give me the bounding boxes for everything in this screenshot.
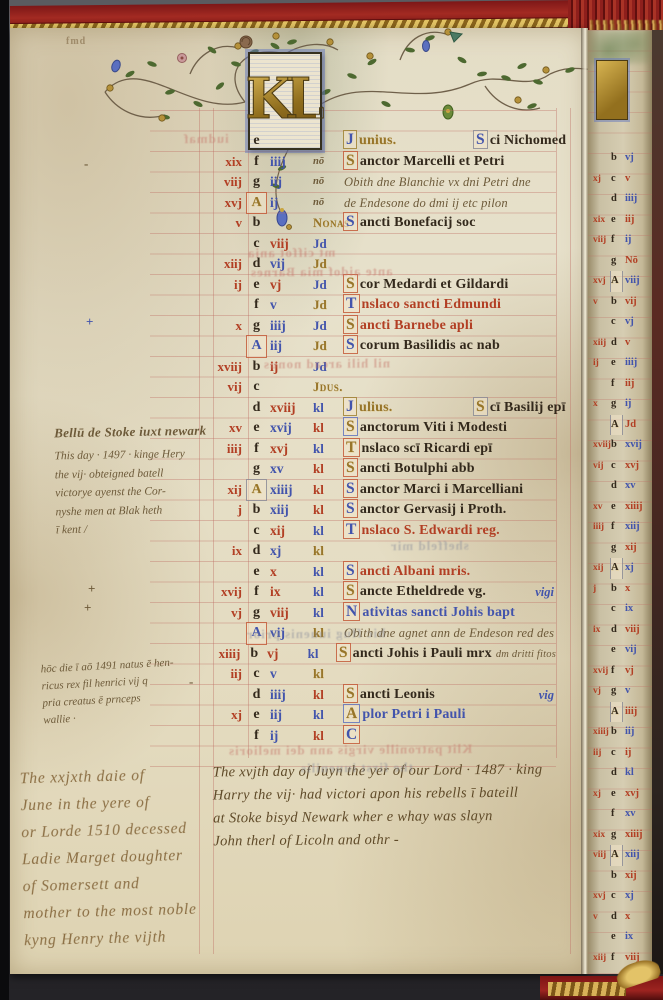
facing-row: eix xyxy=(593,927,646,948)
gutter-fold xyxy=(581,28,588,974)
calendar-row: xvjAijnōde Endesone do dmi ij etc pilon xyxy=(213,193,556,214)
calendar-row: xiiijbvjklSancti Johis i Pauli mrxdm dri… xyxy=(213,644,556,665)
facing-kl-initial xyxy=(596,60,628,120)
show-through-line: the first iuuenilis xyxy=(300,760,413,777)
note-line: John therl of Licoln and othr - xyxy=(213,828,543,854)
calendar-row: gxvklSancti Botulphi abb xyxy=(213,459,556,480)
facing-page-edge: bvjxjcvdiiijxixeiijviijfijgNōxvjAviijvbv… xyxy=(588,30,652,974)
facing-row: xiiijbiij xyxy=(593,722,646,743)
feast-entry: Aplor Petri i Pauli xyxy=(344,705,556,726)
facing-row: xvexiiij xyxy=(593,497,646,518)
facing-row: fiij xyxy=(593,374,646,395)
photo-background-left xyxy=(0,0,9,1000)
facing-row: xixgxiiij xyxy=(593,825,646,846)
margin-mark: + xyxy=(88,581,95,597)
facing-row: AJd xyxy=(593,415,646,436)
facing-row: xjexvj xyxy=(593,784,646,805)
feast-entry: Sanctorum Viti i Modesti xyxy=(344,418,556,439)
facing-row: evij xyxy=(593,640,646,661)
manuscript-photo: KL eJunius.Sci NichomedxixfiiijnōSanctor… xyxy=(0,0,663,1000)
facing-row: ixdviij xyxy=(593,620,646,641)
facing-row: iijcij xyxy=(593,743,646,764)
calendar-row: cxijklTnslaco S. Edwardi reg. xyxy=(213,521,556,542)
facing-row: vjgv xyxy=(593,681,646,702)
calendar-row: xixfiiijnōSanctor Marcelli et Petri xyxy=(213,152,556,173)
margin-mark: + xyxy=(86,314,93,330)
calendar-row: AiijJdScorum Basilidis ac nab xyxy=(213,336,556,357)
margin-mark: + xyxy=(84,600,91,616)
note-line: kyng Henry the vijth xyxy=(24,923,198,955)
facing-row: bxij xyxy=(593,866,646,887)
facing-row: bvj xyxy=(593,148,646,169)
note-line: ī kent / xyxy=(56,519,209,540)
show-through-line: fmd xyxy=(66,36,86,47)
note-line: Harry the vij· had victori apon his rebe… xyxy=(213,782,543,808)
margin-mark: - xyxy=(189,674,193,690)
calendar-row: dxviijklJulius.Scī Basilij epī xyxy=(213,398,556,419)
feast-entry: Sanctor Marci i Marcelliani xyxy=(344,480,556,501)
show-through-line: nil hili arcad nonus xyxy=(263,355,390,372)
facing-row: xvjAviij xyxy=(593,271,646,292)
facing-row: viijAxiij xyxy=(593,845,646,866)
calendar-row: xjeiijklAplor Petri i Pauli xyxy=(213,705,556,726)
feast-entry: Julius.Scī Basilij epī xyxy=(344,398,556,419)
feast-entry: Obith dne Blanchie vx dni Petri dne xyxy=(344,172,556,193)
facing-row: cvj xyxy=(593,312,646,333)
facing-row: cix xyxy=(593,599,646,620)
calendar-row: iijcvkl xyxy=(213,664,556,685)
feast-entry: de Endesone do dmi ij etc pilon xyxy=(344,193,556,214)
calendar-row: eJunius.Sci Nichomed xyxy=(213,131,556,152)
facing-row: xgij xyxy=(593,394,646,415)
show-through-line: iudmaf xyxy=(183,131,229,147)
facing-row: dkl xyxy=(593,763,646,784)
facing-row: vbvij xyxy=(593,292,646,313)
margin-note-stoke: Bellū de Stoke iuxt newark This day · 14… xyxy=(54,423,208,540)
margin-mark: - xyxy=(84,156,88,172)
calendar-row: jbxiijklSanctor Gervasij i Proth. xyxy=(213,500,556,521)
calendar-row: vijcJdus. xyxy=(213,377,556,398)
feast-entry: Sancti Botulphi abb xyxy=(344,459,556,480)
note-line: This day · 1497 · kinge Hery xyxy=(54,445,207,466)
calendar-row: ixdxjkl xyxy=(213,541,556,562)
bottom-note-margaret: The xxjxth daie ofJune in the yere ofor … xyxy=(20,761,198,954)
margin-note-heading: Bellū de Stoke iuxt newark xyxy=(54,423,207,442)
feast-entry: Tnslaco sancti Edmundi xyxy=(344,295,556,316)
feast-entry xyxy=(344,377,556,398)
feast-entry: Sanctor Marcelli et Petri xyxy=(344,152,556,173)
calendar-table: eJunius.Sci NichomedxixfiiijnōSanctor Ma… xyxy=(213,131,556,746)
binding-bottom-gold-tooling xyxy=(548,982,626,996)
facing-row: vdx xyxy=(593,907,646,928)
facing-row: xiijdv xyxy=(593,333,646,354)
feast-entry: Scorum Basilidis ac nab xyxy=(344,336,556,357)
facing-row: xijAxj xyxy=(593,558,646,579)
calendar-row: xgiiijJdSancti Barnebe apli xyxy=(213,316,556,337)
calendar-row: diiijklSancti Leonisvig xyxy=(213,685,556,706)
facing-row: jbx xyxy=(593,579,646,600)
feast-entry: Sanctor Gervasij i Proth. xyxy=(344,500,556,521)
facing-row: xviijbxvij xyxy=(593,435,646,456)
facing-row: xvijfvj xyxy=(593,661,646,682)
show-through-line: sheffeld mir xyxy=(390,538,469,555)
feast-entry: Junius.Sci Nichomed xyxy=(344,131,556,152)
calendar-row: exklSancti Albani mris. xyxy=(213,562,556,583)
calendar-row: vbNonasSancti Bonefacij soc xyxy=(213,213,556,234)
calendar-row: xvexvijklSanctorum Viti i Modesti xyxy=(213,418,556,439)
calendar-row: viijgiijnōObith dne Blanchie vx dni Petr… xyxy=(213,172,556,193)
margin-note-body: This day · 1497 · kinge Herythe vij· obt… xyxy=(54,445,208,540)
calendar-row: xvijfixklSancte Etheldrede vg.vigi xyxy=(213,582,556,603)
note-line: at Stoke bisyd Newark wher e whay was sl… xyxy=(213,805,543,831)
feast-entry xyxy=(344,234,556,255)
feast-entry: Sancti Albani mris. xyxy=(344,562,556,583)
kl-letters: KL xyxy=(245,66,315,132)
feast-entry: Sancte Etheldrede vg. xyxy=(344,582,556,603)
facing-row: fxv xyxy=(593,804,646,825)
margin-note-henry-birth: hōc die ī aō 1491 natus ē hen-ricus rex … xyxy=(40,655,176,730)
calendar-row: fvJdTnslaco sancti Edmundi xyxy=(213,295,556,316)
feast-entry: Sancti Johis i Pauli mrxdm dritti fitos xyxy=(337,644,556,665)
show-through-line: Klit patronille virgis ann dei melioris xyxy=(228,741,472,759)
feast-entry: Nativitas sancti Johis bapt xyxy=(344,603,556,624)
facing-row: viijfij xyxy=(593,230,646,251)
show-through-line: ante aidof mia Barnes xyxy=(250,263,393,280)
facing-row: ijeiiij xyxy=(593,353,646,374)
calendar-row: vjgviijklNativitas sancti Johis bapt xyxy=(213,603,556,624)
calendar-row: iiijfxvjklTnslaco scī Ricardi epī xyxy=(213,439,556,460)
facing-row: vijcxvj xyxy=(593,456,646,477)
facing-row: xixeiij xyxy=(593,210,646,231)
feast-entry: Sancti Bonefacij soc xyxy=(344,213,556,234)
facing-row: iiijfxiij xyxy=(593,517,646,538)
feast-entry: Sancti Leonis xyxy=(344,685,556,706)
show-through-line: mt ciffot ania xyxy=(247,245,336,262)
facing-row: dxv xyxy=(593,476,646,497)
vertical-rule xyxy=(556,108,557,758)
vertical-rule xyxy=(570,108,571,954)
facing-row: gNō xyxy=(593,251,646,272)
show-through-line: hic ffug iuuenis prior xyxy=(246,625,386,642)
feast-entry xyxy=(344,664,556,685)
feast-entry: Sancti Barnebe apli xyxy=(344,316,556,337)
facing-row: Aiiij xyxy=(593,702,646,723)
facing-foliage-blur xyxy=(590,30,650,64)
facing-row: gxij xyxy=(593,538,646,559)
photo-background-right xyxy=(652,30,663,974)
facing-calendar-rows: bvjxjcvdiiijxixeiijviijfijgNōxvjAviijvbv… xyxy=(593,148,646,968)
facing-row: diiij xyxy=(593,189,646,210)
facing-row: xjcv xyxy=(593,169,646,190)
facing-row: xvjcxj xyxy=(593,886,646,907)
feast-entry: Tnslaco scī Ricardi epī xyxy=(344,439,556,460)
calendar-row: xijAxiiijklSanctor Marci i Marcelliani xyxy=(213,480,556,501)
